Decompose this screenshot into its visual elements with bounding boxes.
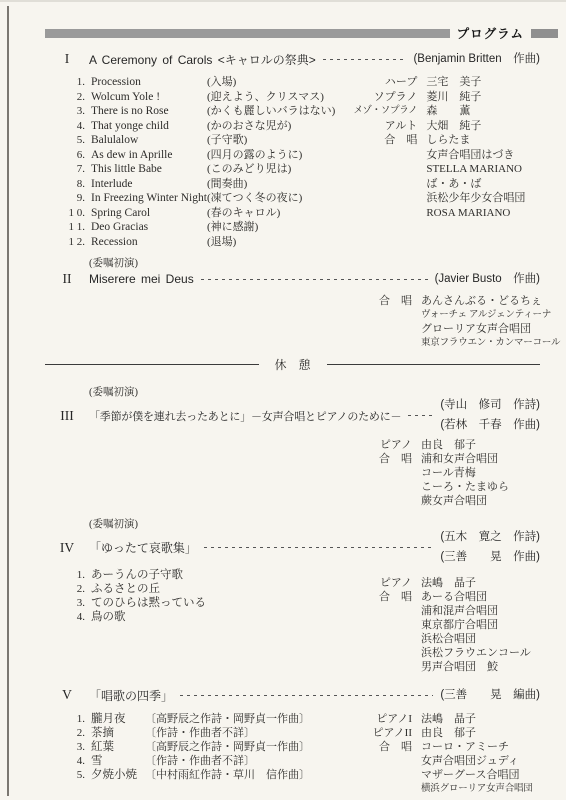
piece-note: (子守歌): [207, 133, 335, 148]
performer-row: 浜松少年少女合唱団: [335, 191, 545, 206]
piece-note: (かのおさな児が): [207, 119, 335, 134]
section-title: 「季節が僕を連れ去ったあとに」－女声合唱とピアノのために－: [89, 408, 401, 424]
intermission-divider: 休 憩: [45, 356, 540, 373]
performer-role: [330, 494, 412, 508]
piece-row: 5. Balulalow (子守歌): [45, 133, 335, 148]
piece-note: (間奏曲): [207, 177, 335, 192]
credit-line: (三善 晃 編曲): [440, 689, 540, 702]
piece-note: 〔高野辰之作詩・岡野貞一作曲〕: [145, 712, 330, 726]
section-body: 1. あーうんの子守歌 2. ふるさとの丘 3. てのひらは黙っている 4. 鳥…: [45, 568, 540, 674]
program-header: プログラム: [45, 27, 558, 39]
performer-role: 合 唱: [330, 452, 412, 466]
piece-number: 9.: [45, 191, 91, 206]
program-section: (委嘱初演) IV 「ゆったて哀歌集」 (五木 寛之 作詩)(三善 晃 作曲) …: [45, 518, 540, 674]
program-section: I A Ceremony of Carols <キャロルの祭典> (Benjam…: [45, 50, 540, 249]
dotted-leader: [180, 695, 433, 696]
piece-row: 7. This little Babe (このみどり児は): [45, 162, 335, 177]
section-header: I A Ceremony of Carols <キャロルの祭典> (Benjam…: [45, 50, 540, 68]
piece-row: 4. 鳥の歌: [45, 610, 330, 624]
piece-title: There is no Rose: [91, 104, 207, 119]
premiere-note: (委嘱初演): [89, 518, 540, 531]
performer-name: あんさんぶる・どるちぇ: [421, 294, 542, 308]
piece-number: 1 0.: [45, 206, 91, 221]
piece-number: 5.: [45, 133, 91, 148]
performer-name: 東京フラウエン・カンマーコール: [421, 336, 560, 350]
performer-row: ピアノII 由良 郁子: [330, 726, 540, 740]
performer-role: 合 唱: [335, 133, 417, 148]
header-rule-end: [531, 29, 558, 38]
piece-row: 8. Interlude (間奏曲): [45, 177, 335, 192]
piece-title: Procession: [91, 75, 207, 90]
piece-title: Balulalow: [91, 133, 207, 148]
piece-number: 1.: [45, 712, 91, 726]
piece-row: 3. 紅葉 〔高野辰之作詩・岡野貞一作曲〕: [45, 740, 330, 754]
performer-role: [330, 604, 412, 618]
performer-role: [330, 466, 412, 480]
piece-list: [45, 294, 330, 350]
piece-row: 4. That yonge child (かのおさな児が): [45, 119, 335, 134]
performer-role: [330, 632, 412, 646]
header-title: プログラム: [457, 24, 524, 42]
performer-name: 浜松合唱団: [421, 632, 476, 646]
performer-row: 合 唱 あんさんぶる・どるちぇ: [330, 294, 540, 308]
piece-title: 鳥の歌: [91, 610, 126, 624]
performer-row: 合 唱 しらたま: [335, 133, 545, 148]
scan-top-edge-artifact: [0, 0, 566, 2]
piece-number: 1.: [45, 568, 91, 582]
performer-role: ハープ: [335, 75, 417, 90]
performer-role: [330, 782, 412, 796]
piece-title: Recession: [91, 235, 207, 250]
performer-role: 合 唱: [330, 294, 412, 308]
performer-row: 浜松合唱団: [330, 632, 540, 646]
performer-row: 男声合唱団 鮫: [330, 660, 540, 674]
dotted-leader: [323, 59, 407, 60]
piece-title: Wolcum Yole !: [91, 90, 207, 105]
performer-row: マザーグース合唱団: [330, 768, 540, 782]
piece-number: 3.: [45, 740, 91, 754]
intermission-label: 休 憩: [275, 356, 311, 373]
piece-row: 1 2. Recession (退場): [45, 235, 335, 250]
performer-name: 菱川 純子: [426, 90, 481, 105]
performer-role: [335, 162, 417, 177]
performer-role: ソプラノ: [335, 90, 417, 105]
performer-row: ヴォーチェ アルジェンティーナ: [330, 308, 540, 322]
piece-note: 〔作詩・作曲者不詳〕: [145, 754, 330, 768]
program-section: V 「唱歌の四季」 (三善 晃 編曲) 1. 朧月夜 〔高野辰之作詩・岡野貞一作…: [45, 686, 540, 796]
piece-row: 1. あーうんの子守歌: [45, 568, 330, 582]
piece-note: (入場): [207, 75, 335, 90]
performer-row: ハープ 三宅 美子: [335, 75, 545, 90]
piece-title: ふるさとの丘: [91, 582, 160, 596]
piece-note: (神に感謝): [207, 220, 335, 235]
piece-row: 1 0. Spring Carol (春のキャロル): [45, 206, 335, 221]
premiere-note: (委嘱初演): [89, 257, 540, 270]
credit-line: (Benjamin Britten 作曲): [413, 53, 540, 66]
performer-role: [330, 768, 412, 782]
piece-note: (このみどり児は): [207, 162, 335, 177]
performer-row: コール青梅: [330, 466, 540, 480]
performer-name: 浦和女声合唱団: [421, 452, 498, 466]
sections-container: I A Ceremony of Carols <キャロルの祭典> (Benjam…: [45, 50, 540, 796]
piece-number: 7.: [45, 162, 91, 177]
performer-list: ハープ 三宅 美子 ソプラノ 菱川 純子 メゾ・ソプラノ 森 薫 アルト 大畑 …: [335, 75, 545, 249]
performer-row: ば・あ・ば: [335, 177, 545, 192]
performer-name: 男声合唱団 鮫: [421, 660, 498, 674]
piece-number: 3.: [45, 104, 91, 119]
performer-row: 合 唱 あーる合唱団: [330, 590, 540, 604]
performer-role: [335, 148, 417, 163]
performer-role: メゾ・ソプラノ: [335, 104, 417, 119]
piece-note: (凍てつく冬の夜に): [207, 191, 335, 206]
performer-row: 東京フラウエン・カンマーコール: [330, 336, 540, 350]
dotted-leader: [204, 547, 433, 548]
credit-line: (寺山 修司 作詩): [440, 399, 540, 412]
performer-name: ば・あ・ば: [426, 177, 481, 192]
program-section: (委嘱初演) II Miserere mei Deus (Javier Bust…: [45, 257, 540, 350]
performer-name: STELLA MARIANO: [426, 162, 522, 177]
piece-number: 2.: [45, 582, 91, 596]
performer-row: 蕨女声合唱団: [330, 494, 540, 508]
section-numeral: V: [45, 687, 89, 703]
section-numeral: IV: [45, 540, 89, 556]
piece-note: (退場): [207, 235, 335, 250]
piece-row: 9. In Freezing Winter Night (凍てつく冬の夜に): [45, 191, 335, 206]
performer-role: [335, 191, 417, 206]
performer-list: ピアノ 由良 郁子 合 唱 浦和女声合唱団 コール青梅 こーろ・たまゆら 蕨女声…: [330, 438, 540, 508]
performer-name: 三宅 美子: [426, 75, 481, 90]
piece-row: 1. 朧月夜 〔高野辰之作詩・岡野貞一作曲〕: [45, 712, 330, 726]
performer-name: 由良 郁子: [421, 438, 476, 452]
performer-role: [330, 754, 412, 768]
piece-note: (四月の露のように): [207, 148, 335, 163]
performer-row: 合 唱 浦和女声合唱団: [330, 452, 540, 466]
performer-role: [330, 308, 412, 322]
section-title: A Ceremony of Carols <キャロルの祭典>: [89, 51, 316, 68]
divider-line-right: [327, 364, 541, 365]
performer-role: [330, 618, 412, 632]
piece-row: 2. ふるさとの丘: [45, 582, 330, 596]
performer-name: マザーグース合唱団: [421, 768, 519, 782]
performer-name: 大畑 純子: [426, 119, 481, 134]
performer-name: コーロ・アミーチ: [421, 740, 509, 754]
piece-note: (かくも麗しいバラはない): [207, 104, 335, 119]
performer-row: 横浜グローリア女声合唱団: [330, 782, 540, 796]
piece-number: 4.: [45, 119, 91, 134]
credit-line: (三善 晃 作曲): [440, 551, 540, 564]
performer-role: [335, 206, 417, 221]
performer-list: ピアノI 法嶋 晶子 ピアノII 由良 郁子 合 唱 コーロ・アミーチ 女声合唱…: [330, 712, 540, 796]
piece-row: 5. 夕焼小焼 〔中村雨紅作詩・草川 信作曲〕: [45, 768, 330, 782]
section-credits: (寺山 修司 作詩)(若林 千春 作曲): [440, 399, 540, 432]
piece-title: 夕焼小焼: [91, 768, 145, 782]
piece-title: 朧月夜: [91, 712, 145, 726]
performer-name: 法嶋 晶子: [421, 712, 476, 726]
piece-title: 紅葉: [91, 740, 145, 754]
section-header: II Miserere mei Deus (Javier Busto 作曲): [45, 270, 540, 288]
performer-role: [330, 646, 412, 660]
piece-number: 1.: [45, 75, 91, 90]
piece-number: 5.: [45, 768, 91, 782]
performer-row: 女声合唱団はづき: [335, 148, 545, 163]
performer-role: ピアノ: [330, 438, 412, 452]
piece-title: 茶摘: [91, 726, 145, 740]
performer-name: 浜松フラウエンコール: [421, 646, 531, 660]
performer-role: 合 唱: [330, 740, 412, 754]
piece-title: Interlude: [91, 177, 207, 192]
performer-row: ROSA MARIANO: [335, 206, 545, 221]
performer-row: 合 唱 コーロ・アミーチ: [330, 740, 540, 754]
section-header: V 「唱歌の四季」 (三善 晃 編曲): [45, 686, 540, 704]
piece-number: 4.: [45, 754, 91, 768]
divider-line-left: [45, 364, 259, 365]
piece-title: This little Babe: [91, 162, 207, 177]
piece-title: あーうんの子守歌: [91, 568, 183, 582]
performer-list: ピアノ 法嶋 晶子 合 唱 あーる合唱団 浦和混声合唱団 東京都庁合唱団 浜松合…: [330, 576, 540, 674]
piece-number: 1 1.: [45, 220, 91, 235]
performer-role: ピアノII: [330, 726, 412, 740]
performer-row: 浦和混声合唱団: [330, 604, 540, 618]
piece-list: 1. 朧月夜 〔高野辰之作詩・岡野貞一作曲〕 2. 茶摘 〔作詩・作曲者不詳〕 …: [45, 712, 330, 796]
credit-line: (五木 寛之 作詩): [440, 531, 540, 544]
performer-role: ピアノ: [330, 576, 412, 590]
performer-row: こーろ・たまゆら: [330, 480, 540, 494]
piece-row: 2. Wolcum Yole ! (迎えよう、クリスマス): [45, 90, 335, 105]
performer-row: ピアノI 法嶋 晶子: [330, 712, 540, 726]
section-title: 「ゆったて哀歌集」: [89, 539, 197, 556]
section-body: 合 唱 あんさんぶる・どるちぇ ヴォーチェ アルジェンティーナ グローリア女声合…: [45, 294, 540, 350]
program-section: (委嘱初演) III 「季節が僕を連れ去ったあとに」－女声合唱とピアノのために－…: [45, 386, 540, 508]
section-body: 1. Procession (入場) 2. Wolcum Yole ! (迎えよ…: [45, 75, 540, 249]
performer-name: 浜松少年少女合唱団: [426, 191, 525, 206]
performer-name: 法嶋 晶子: [421, 576, 476, 590]
program-page: プログラム I A Ceremony of Carols <キャロルの祭典> (…: [0, 0, 566, 800]
piece-note: (春のキャロル): [207, 206, 335, 221]
performer-role: [335, 177, 417, 192]
credit-line: (Javier Busto 作曲): [435, 273, 540, 286]
piece-title: てのひらは黙っている: [91, 596, 206, 610]
piece-number: 4.: [45, 610, 91, 624]
performer-name: 浦和混声合唱団: [421, 604, 498, 618]
performer-row: 東京都庁合唱団: [330, 618, 540, 632]
performer-name: ROSA MARIANO: [426, 206, 510, 221]
credit-line: (若林 千春 作曲): [440, 419, 540, 432]
header-rule: [45, 29, 450, 38]
section-credits: (Javier Busto 作曲): [435, 273, 540, 286]
section-title: Miserere mei Deus: [89, 272, 194, 286]
performer-name: あーる合唱団: [421, 590, 487, 604]
performer-name: 女声合唱団ジュディ: [421, 754, 519, 768]
piece-number: 3.: [45, 596, 91, 610]
section-numeral: III: [45, 408, 89, 424]
section-credits: (三善 晃 編曲): [440, 689, 540, 702]
section-credits: (五木 寛之 作詩)(三善 晃 作曲): [440, 531, 540, 564]
performer-name: しらたま: [426, 133, 470, 148]
piece-row: 3. There is no Rose (かくも麗しいバラはない): [45, 104, 335, 119]
performer-row: 女声合唱団ジュディ: [330, 754, 540, 768]
piece-number: 8.: [45, 177, 91, 192]
performer-row: アルト 大畑 純子: [335, 119, 545, 134]
performer-row: ソプラノ 菱川 純子: [335, 90, 545, 105]
performer-name: ヴォーチェ アルジェンティーナ: [421, 308, 551, 322]
premiere-note: (委嘱初演): [89, 386, 540, 399]
piece-title: That yonge child: [91, 119, 207, 134]
piece-row: 4. 雪 〔作詩・作曲者不詳〕: [45, 754, 330, 768]
piece-title: Deo Gracias: [91, 220, 207, 235]
performer-name: 由良 郁子: [421, 726, 476, 740]
performer-role: アルト: [335, 119, 417, 134]
performer-role: 合 唱: [330, 590, 412, 604]
piece-list: 1. Procession (入場) 2. Wolcum Yole ! (迎えよ…: [45, 75, 335, 249]
piece-title: In Freezing Winter Night: [91, 191, 207, 206]
piece-row: 2. 茶摘 〔作詩・作曲者不詳〕: [45, 726, 330, 740]
piece-title: 雪: [91, 754, 145, 768]
section-numeral: I: [45, 51, 89, 67]
performer-name: 横浜グローリア女声合唱団: [421, 782, 533, 796]
performer-list: 合 唱 あんさんぶる・どるちぇ ヴォーチェ アルジェンティーナ グローリア女声合…: [330, 294, 540, 350]
performer-name: グローリア女声合唱団: [421, 322, 531, 336]
piece-row: 1 1. Deo Gracias (神に感謝): [45, 220, 335, 235]
section-numeral: II: [45, 271, 89, 287]
piece-number: 2.: [45, 90, 91, 105]
piece-number: 2.: [45, 726, 91, 740]
scan-left-edge-artifact: [7, 6, 9, 796]
performer-name: コール青梅: [421, 466, 476, 480]
piece-title: Spring Carol: [91, 206, 207, 221]
piece-note: (迎えよう、クリスマス): [207, 90, 335, 105]
piece-list: [45, 438, 330, 508]
performer-role: [330, 322, 412, 336]
performer-role: [330, 336, 412, 350]
section-header: IV 「ゆったて哀歌集」 (五木 寛之 作詩)(三善 晃 作曲): [45, 531, 540, 564]
performer-role: [330, 480, 412, 494]
piece-note: 〔作詩・作曲者不詳〕: [145, 726, 330, 740]
section-body: ピアノ 由良 郁子 合 唱 浦和女声合唱団 コール青梅 こーろ・たまゆら 蕨女声…: [45, 438, 540, 508]
piece-note: 〔高野辰之作詩・岡野貞一作曲〕: [145, 740, 330, 754]
performer-name: 森 薫: [426, 104, 470, 119]
performer-role: ピアノI: [330, 712, 412, 726]
performer-name: 蕨女声合唱団: [421, 494, 487, 508]
performer-name: 東京都庁合唱団: [421, 618, 498, 632]
performer-row: ピアノ 法嶋 晶子: [330, 576, 540, 590]
dotted-leader: [201, 279, 428, 280]
piece-row: 6. As dew in Aprille (四月の露のように): [45, 148, 335, 163]
piece-note: 〔中村雨紅作詩・草川 信作曲〕: [145, 768, 330, 782]
performer-row: 浜松フラウエンコール: [330, 646, 540, 660]
performer-row: STELLA MARIANO: [335, 162, 545, 177]
section-title: 「唱歌の四季」: [89, 687, 173, 704]
section-header: III 「季節が僕を連れ去ったあとに」－女声合唱とピアノのために－ (寺山 修司…: [45, 399, 540, 432]
piece-list: 1. あーうんの子守歌 2. ふるさとの丘 3. てのひらは黙っている 4. 鳥…: [45, 568, 330, 674]
piece-title: As dew in Aprille: [91, 148, 207, 163]
piece-number: 1 2.: [45, 235, 91, 250]
performer-row: グローリア女声合唱団: [330, 322, 540, 336]
performer-name: こーろ・たまゆら: [421, 480, 509, 494]
dotted-leader: [408, 415, 433, 416]
performer-name: 女声合唱団はづき: [426, 148, 514, 163]
piece-row: 1. Procession (入場): [45, 75, 335, 90]
piece-number: 6.: [45, 148, 91, 163]
section-credits: (Benjamin Britten 作曲): [413, 53, 540, 66]
performer-row: メゾ・ソプラノ 森 薫: [335, 104, 545, 119]
performer-role: [330, 660, 412, 674]
performer-row: ピアノ 由良 郁子: [330, 438, 540, 452]
piece-row: 3. てのひらは黙っている: [45, 596, 330, 610]
section-body: 1. 朧月夜 〔高野辰之作詩・岡野貞一作曲〕 2. 茶摘 〔作詩・作曲者不詳〕 …: [45, 712, 540, 796]
